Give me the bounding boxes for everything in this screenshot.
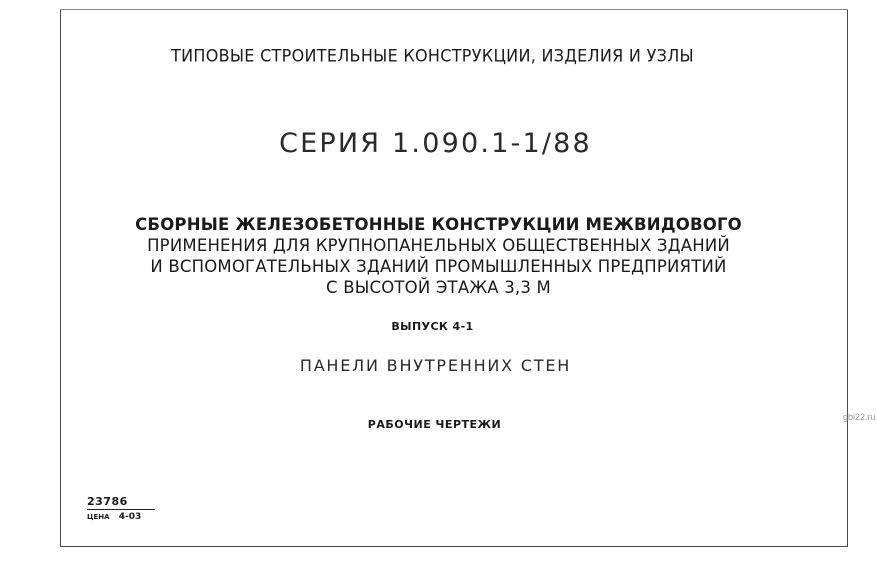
description-line: С ВЫСОТОЙ ЭТАЖА 3,3 М	[0, 277, 877, 298]
document-kind: РАБОЧИЕ ЧЕРТЕЖИ	[0, 418, 873, 431]
description-line: ПРИМЕНЕНИЯ ДЛЯ КРУПНОПАНЕЛЬНЫХ ОБЩЕСТВЕН…	[0, 235, 877, 256]
price-label: ЦЕНА	[87, 513, 110, 521]
price-row: ЦЕНА 4-03	[87, 512, 157, 522]
catalog-number: 23786	[87, 495, 155, 510]
issue-label: ВЫПУСК 4-1	[0, 320, 871, 333]
watermark: gbi22.ru	[843, 412, 876, 422]
subject-title: ПАНЕЛИ ВНУТРЕННИХ СТЕН	[0, 356, 874, 375]
document-heading: ТИПОВЫЕ СТРОИТЕЛЬНЫЕ КОНСТРУКЦИИ, ИЗДЕЛИ…	[0, 46, 871, 66]
description-block: СБОРНЫЕ ЖЕЛЕЗОБЕТОННЫЕ КОНСТРУКЦИИ МЕЖВИ…	[0, 214, 877, 298]
description-line: СБОРНЫЕ ЖЕЛЕЗОБЕТОННЫЕ КОНСТРУКЦИИ МЕЖВИ…	[0, 214, 877, 235]
price-value: 4-03	[119, 512, 142, 522]
catalog-stamp: 23786 ЦЕНА 4-03	[87, 495, 157, 522]
description-line: И ВСПОМОГАТЕЛЬНЫХ ЗДАНИЙ ПРОМЫШЛЕННЫХ ПР…	[0, 256, 877, 277]
series-title: СЕРИЯ 1.090.1-1/88	[0, 128, 874, 159]
